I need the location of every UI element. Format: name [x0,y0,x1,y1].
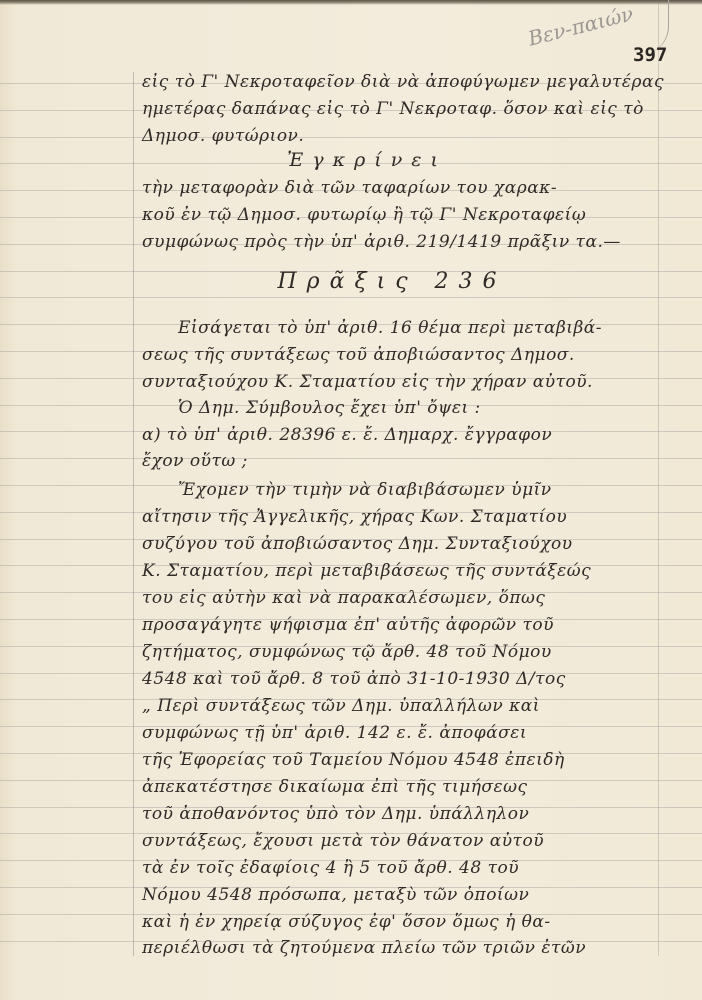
text-line: σεως τῆς συντάξεως τοῦ ἀποβιώσαντος Δημο… [142,345,662,365]
decision-heading: Ἐγκρίνει [142,150,592,170]
text-line: συμφώνως πρὸς τὴν ὑπ' ἀριθ. 219/1419 πρᾶ… [142,232,662,252]
text-line: ημετέρας δαπάνας εἰς τὸ Γ' Νεκροταφ. ὅσο… [142,99,662,119]
text-line: Δημοσ. φυτώριον. [142,126,662,146]
text-line: τοῦ ἀποθανόντος ὑπὸ τὸν Δημ. ὑπάλληλον [142,804,662,824]
text-line: εἰς τὸ Γ' Νεκροταφεῖον διὰ νὰ ἀποφύγωμεν… [142,72,662,92]
act-heading: Πρᾶξις 236 [142,272,642,292]
text-line: κοῦ ἐν τῷ Δημοσ. φυτωρίῳ ἢ τῷ Γ' Νεκροτα… [142,205,662,225]
text-line: συζύγου τοῦ ἀποβιώσαντος Δημ. Συνταξιούχ… [142,534,662,554]
text-line: αἴτησιν τῆς Ἀγγελικῆς, χήρας Κων. Σταματ… [142,507,662,527]
text-line: ζητήματος, συμφώνως τῷ ἄρθ. 48 τοῦ Νόμου [142,642,662,662]
text-line: ἀπεκατέστησε δικαίωμα ἐπὶ τῆς τιμήσεως [142,777,662,797]
page-number: 397 [633,44,667,66]
ruled-line [0,297,702,298]
page-top-shadow [0,0,702,5]
text-line: ἔχον οὕτω ; [142,451,662,471]
text-line: Ὁ Δημ. Σύμβουλος ἔχει ὑπ' ὄψει : [178,398,658,418]
text-line: τὰ ἐν τοῖς ἐδαφίοις 4 ἢ 5 τοῦ ἄρθ. 48 το… [142,858,662,878]
text-line: συντάξεως, ἔχουσι μετὰ τὸν θάνατον αὐτοῦ [142,831,662,851]
text-line: τῆς Ἐφορείας τοῦ Ταμείου Νόμου 4548 ἐπει… [142,750,662,770]
text-line: Εἰσάγεται τὸ ὑπ' ἀριθ. 16 θέμα περὶ μετα… [178,318,658,338]
text-line: συνταξιούχου Κ. Σταματίου εἰς τὴν χήραν … [142,372,662,392]
text-line: του εἰς αὐτὴν καὶ νὰ παρακαλέσωμεν, ὅπως [142,588,662,608]
manuscript-page: Βεν-παιών 397 εἰς τὸ Γ' Νεκροταφεῖον διὰ… [0,0,702,1000]
text-line: Κ. Σταματίου, περὶ μεταβιβάσεως τῆς συντ… [142,561,662,581]
text-line: 4548 καὶ τοῦ ἄρθ. 8 τοῦ ἀπὸ 31-10-1930 Δ… [142,669,662,689]
text-line: τὴν μεταφορὰν διὰ τῶν ταφαρίων του χαρακ… [142,178,662,198]
text-line: Νόμου 4548 πρόσωπα, μεταξὺ τῶν ὁποίων [142,885,662,905]
text-line: προσαγάγητε ψήφισμα ἐπ' αὐτῆς ἀφορῶν τοῦ [142,615,662,635]
text-line: Ἔχομεν τὴν τιμὴν νὰ διαβιβάσωμεν ὑμῖν [178,480,658,500]
pencil-annotation: Βεν-παιών [526,1,636,50]
text-line: „ Περὶ συντάξεως τῶν Δημ. ὑπαλλήλων καὶ [142,696,662,716]
text-line: περιέλθωσι τὰ ζητούμενα πλείω τῶν τριῶν … [142,938,662,958]
text-line: α) τὸ ὑπ' ἀριθ. 28396 ε. ἔ. Δημαρχ. ἔγγρ… [142,425,662,445]
text-line: καὶ ἡ ἐν χηρείᾳ σύζυγος ἐφ' ὅσον ὅμως ἡ … [142,912,662,932]
left-margin-line [133,72,134,956]
text-line: συμφώνως τῇ ὑπ' ἀριθ. 142 ε. ἔ. ἀποφάσει [142,723,662,743]
